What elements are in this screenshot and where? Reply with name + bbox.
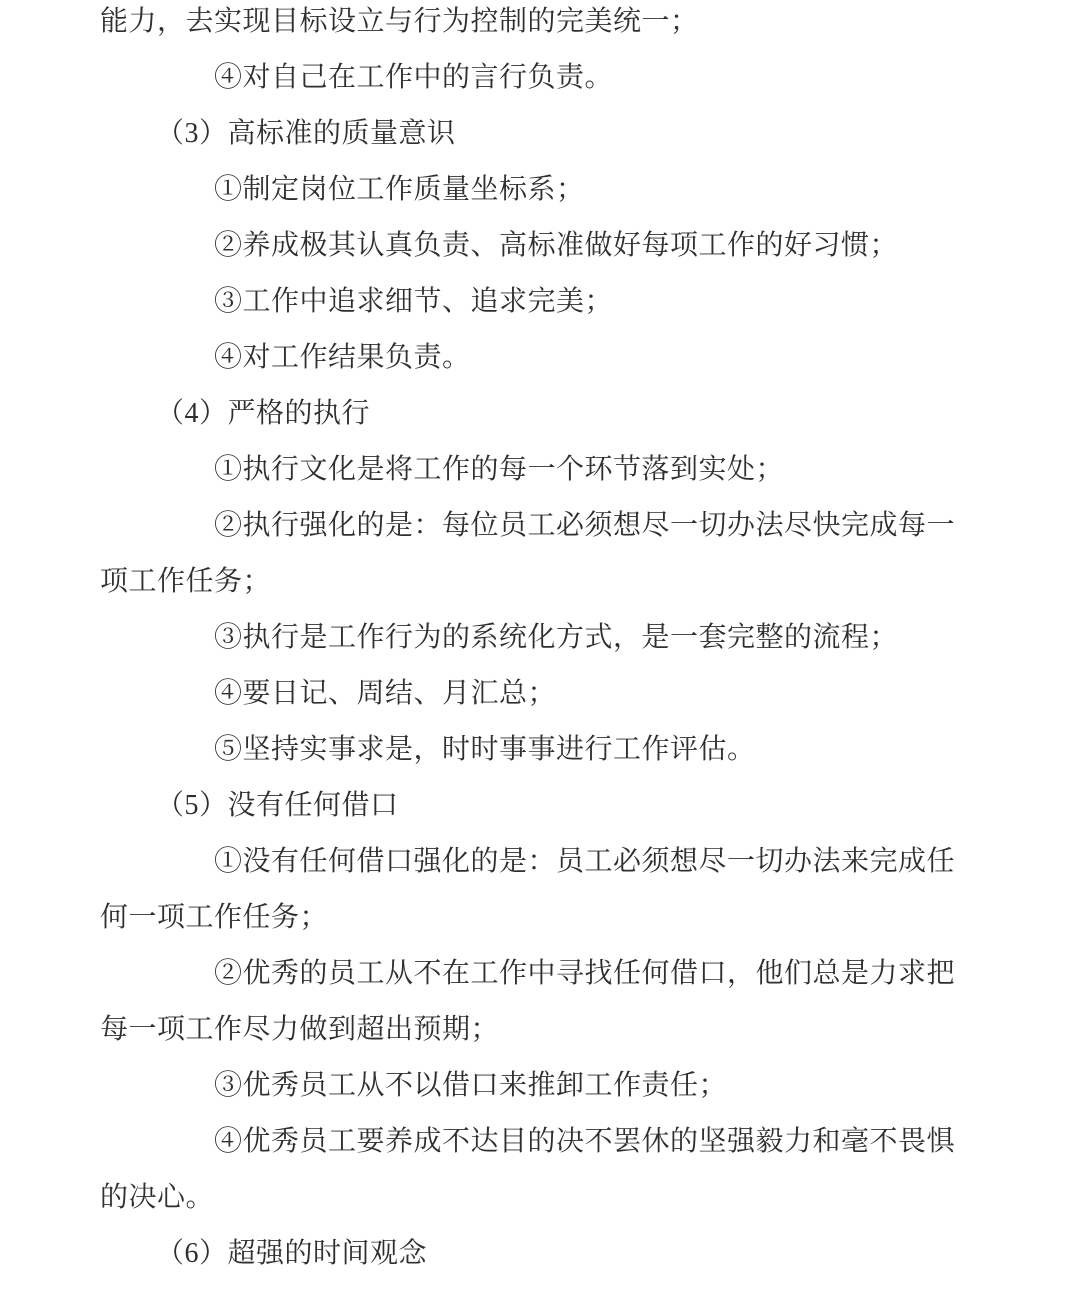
text-line: ③优秀员工从不以借口来推卸工作责任； — [100, 1058, 966, 1114]
document-text-block: 能力，去实现目标设立与行为控制的完美统一；④对自己在工作中的言行负责。（3）高标… — [100, 0, 966, 1282]
text-line: 的决心。 — [100, 1170, 966, 1226]
text-line: 能力，去实现目标设立与行为控制的完美统一； — [100, 0, 966, 50]
text-line: ⑤坚持实事求是，时时事事进行工作评估。 — [100, 722, 966, 778]
text-line: ②养成极其认真负责、高标准做好每项工作的好习惯； — [100, 218, 966, 274]
text-line: ②执行强化的是：每位员工必须想尽一切办法尽快完成每一 — [100, 498, 966, 554]
text-line: ①执行文化是将工作的每一个环节落到实处； — [100, 442, 966, 498]
text-line: ④优秀员工要养成不达目的决不罢休的坚强毅力和毫不畏惧 — [100, 1114, 966, 1170]
text-line: ②优秀的员工从不在工作中寻找任何借口，他们总是力求把 — [100, 946, 966, 1002]
text-line: ④对工作结果负责。 — [100, 330, 966, 386]
text-line: 每一项工作尽力做到超出预期； — [100, 1002, 966, 1058]
text-line: （6）超强的时间观念 — [100, 1226, 966, 1282]
text-line: （4）严格的执行 — [100, 386, 966, 442]
document-page: 能力，去实现目标设立与行为控制的完美统一；④对自己在工作中的言行负责。（3）高标… — [0, 0, 1066, 1296]
text-line: 项工作任务； — [100, 554, 966, 610]
text-line: ④对自己在工作中的言行负责。 — [100, 50, 966, 106]
text-line: ①制定岗位工作质量坐标系； — [100, 162, 966, 218]
text-line: ④要日记、周结、月汇总； — [100, 666, 966, 722]
text-line: ③工作中追求细节、追求完美； — [100, 274, 966, 330]
text-line: 何一项工作任务； — [100, 890, 966, 946]
text-line: ①没有任何借口强化的是：员工必须想尽一切办法来完成任 — [100, 834, 966, 890]
text-line: ③执行是工作行为的系统化方式，是一套完整的流程； — [100, 610, 966, 666]
text-line: （5）没有任何借口 — [100, 778, 966, 834]
text-line: （3）高标准的质量意识 — [100, 106, 966, 162]
